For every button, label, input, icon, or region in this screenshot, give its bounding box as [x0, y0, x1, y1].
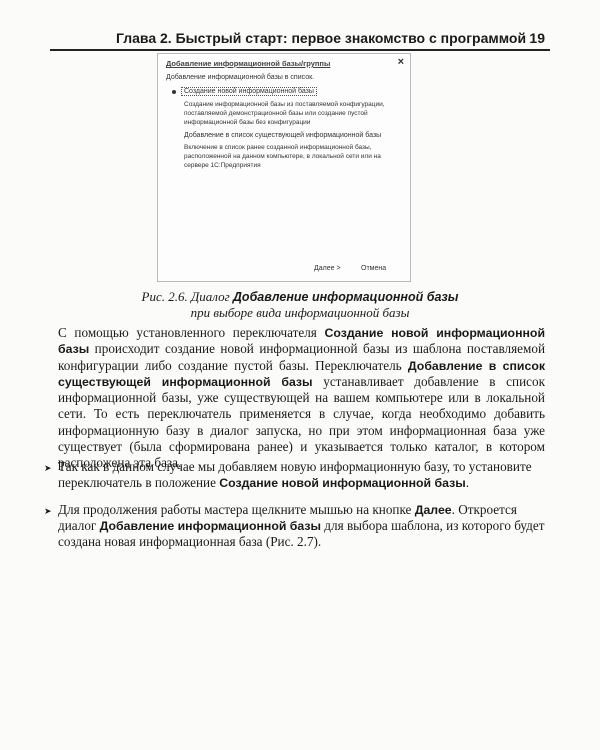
radio-selected-icon — [172, 90, 176, 94]
option1-description: Создание информационной базы из поставля… — [184, 100, 404, 127]
text: . — [466, 475, 469, 490]
body-paragraph: С помощью установленного переключателя С… — [58, 325, 545, 472]
caption-bold: Добавление информационной базы — [233, 290, 459, 304]
arrow-bullet-icon: ➤ — [44, 459, 58, 492]
dialog-subtitle: Добавление информационной базы в список. — [166, 74, 314, 81]
list-item: ➤ Так как в данном случае мы добавляем н… — [44, 459, 545, 492]
text: С помощью установленного переключателя — [58, 325, 325, 340]
text: Для продолжения работы мастера щелкните … — [58, 502, 415, 517]
arrow-bullet-icon: ➤ — [44, 502, 58, 551]
page-number: 19 — [529, 30, 545, 46]
radio-add-existing[interactable]: Добавление в список существующей информа… — [184, 132, 381, 139]
page-header: Глава 2. Быстрый старт: первое знакомств… — [50, 30, 550, 50]
option2-description: Включение в список ранее созданной инфор… — [184, 143, 404, 170]
next-button[interactable]: Далее > — [314, 265, 341, 272]
chapter-title: Глава 2. Быстрый старт: первое знакомств… — [116, 30, 526, 46]
term: Далее — [415, 503, 452, 517]
figure-caption-line2: при выборе вида информационной базы — [0, 305, 600, 321]
term: Создание новой информационной базы — [219, 476, 465, 490]
list-item: ➤ Для продолжения работы мастера щелкнит… — [44, 502, 545, 551]
dialog-screenshot: Добавление информационной базы/группы × … — [157, 53, 411, 282]
caption-prefix: Рис. 2.6. Диалог — [142, 289, 233, 304]
term: Добавление информационной базы — [100, 519, 321, 533]
header-rule — [50, 49, 550, 51]
cancel-button[interactable]: Отмена — [361, 265, 386, 272]
bullet-list: ➤ Так как в данном случае мы добавляем н… — [44, 459, 545, 560]
dialog-title: Добавление информационной базы/группы — [166, 59, 330, 68]
radio-create-new-label: Создание новой информационной базы — [181, 87, 317, 96]
figure-caption: Рис. 2.6. Диалог Добавление информационн… — [0, 289, 600, 305]
radio-create-new[interactable]: Создание новой информационной базы — [172, 87, 317, 96]
close-icon[interactable]: × — [398, 56, 404, 68]
